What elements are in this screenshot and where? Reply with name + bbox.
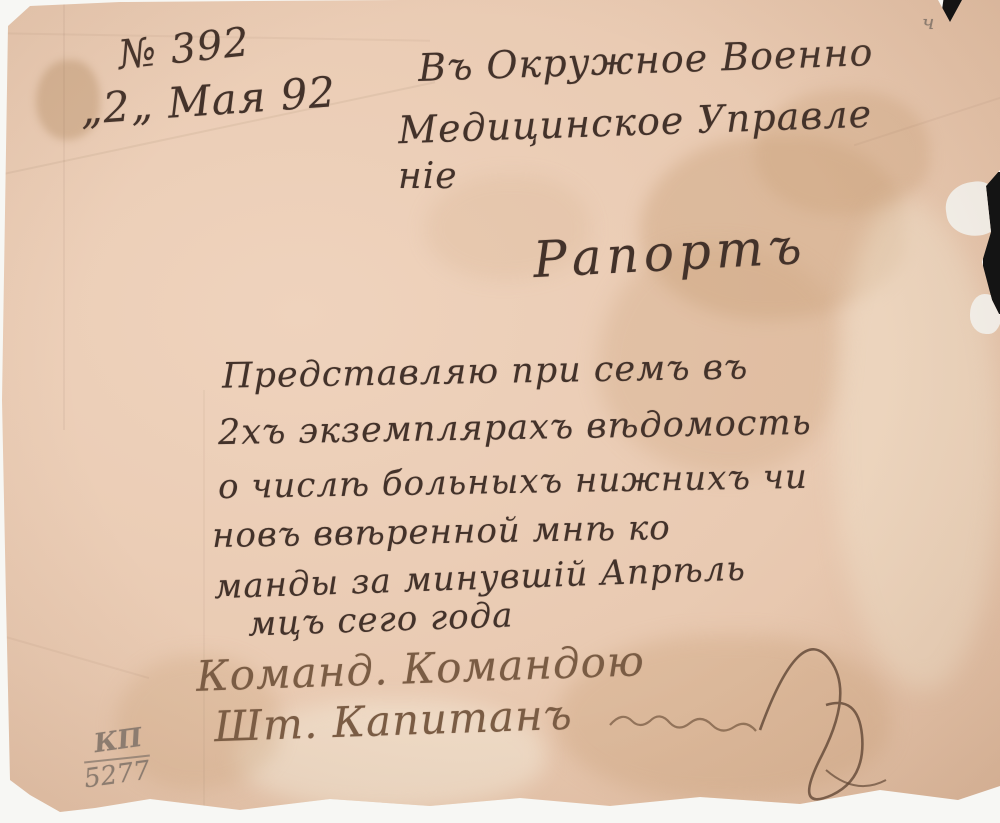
signature-line-1: Команд. Командою	[195, 636, 645, 701]
crease-bottom-left-diagonal	[0, 633, 149, 679]
crease-vertical-center-left	[203, 390, 205, 820]
document-number: № 392	[116, 19, 252, 79]
recipient-line-3: ніе	[398, 156, 458, 197]
crease-vertical-left	[63, 0, 65, 430]
body-line-6: мцъ сего года	[247, 595, 514, 644]
recipient-line-2: Медицинское Управле	[397, 92, 872, 153]
document-date: „2„ Мая 92	[79, 67, 338, 134]
body-line-2: 2хъ экземплярахъ вѣдомость	[218, 403, 812, 453]
signature-line-2: Шт. Капитанъ	[213, 690, 573, 751]
inventory-mark-top: КП	[92, 723, 144, 759]
recipient-line-1: Въ Окружное Военно	[417, 30, 874, 90]
document-scan: № 392 „2„ Мая 92 ч Въ Окружное Военно Ме…	[0, 0, 1000, 823]
body-line-4: новъ ввѣренной мнѣ ко	[212, 508, 671, 556]
damaged-pale-right-area	[835, 200, 1000, 690]
corner-pencil-mark: ч	[922, 10, 934, 34]
signature-autograph	[590, 630, 940, 805]
paper-sheet: № 392 „2„ Мая 92 ч Въ Окружное Военно Ме…	[0, 0, 1000, 823]
body-line-1: Представляю при семъ въ	[222, 347, 749, 396]
report-title: Рапортъ	[532, 217, 808, 289]
body-line-3: о числѣ больныхъ нижнихъ чи	[218, 457, 808, 507]
crease-top-right-diagonal	[854, 92, 1000, 146]
